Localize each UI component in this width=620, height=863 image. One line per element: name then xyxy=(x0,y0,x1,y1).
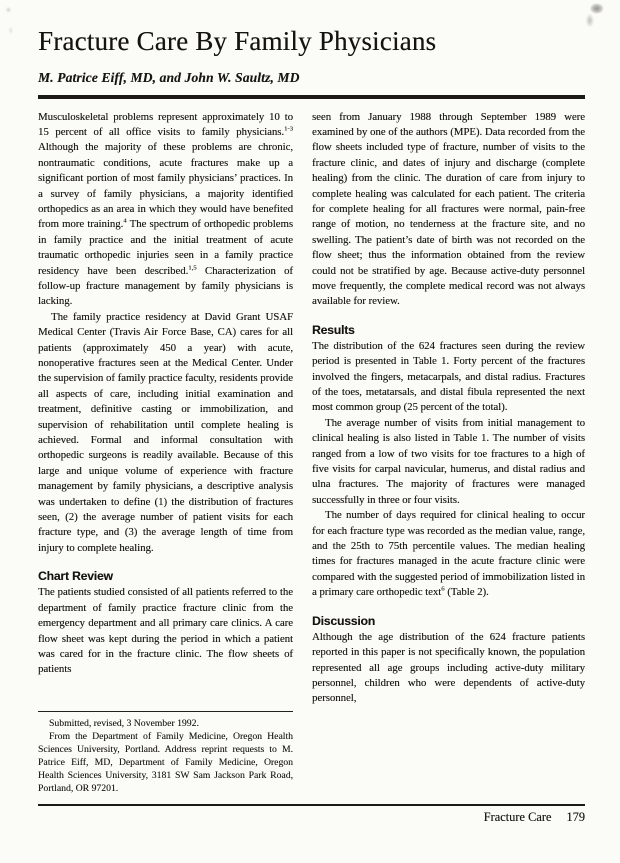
scan-artifact-top-left xyxy=(2,3,18,37)
right-column: seen from January 1988 through September… xyxy=(312,110,585,804)
results-paragraph-visits: The average number of visits from initia… xyxy=(312,416,585,508)
section-heading-chart-review: Chart Review xyxy=(38,569,293,583)
footnote-block: Submitted, revised, 3 November 1992. Fro… xyxy=(38,711,293,804)
left-column: Musculoskeletal problems represent appro… xyxy=(38,110,293,804)
results-paragraph-healing-days: The number of days required for clinical… xyxy=(312,508,585,600)
footnote-affiliation: From the Department of Family Medicine, … xyxy=(38,730,293,795)
article-body: Musculoskeletal problems represent appro… xyxy=(38,110,585,804)
intro-paragraph: Musculoskeletal problems represent appro… xyxy=(38,110,293,310)
article-byline: M. Patrice Eiff, MD, and John W. Saultz,… xyxy=(38,70,585,86)
article-title: Fracture Care By Family Physicians xyxy=(38,26,585,57)
page-footer: Fracture Care179 xyxy=(38,804,585,825)
header-rule xyxy=(38,95,585,99)
section-heading-discussion: Discussion xyxy=(312,614,585,628)
running-title: Fracture Care xyxy=(484,810,552,824)
chart-review-paragraph: The patients studied consisted of all pa… xyxy=(38,585,293,677)
article-header: Fracture Care By Family Physicians M. Pa… xyxy=(38,26,585,86)
journal-page: Fracture Care By Family Physicians M. Pa… xyxy=(0,0,620,863)
page-number: 179 xyxy=(566,810,585,824)
section-heading-results: Results xyxy=(312,323,585,337)
discussion-paragraph: Although the age distribution of the 624… xyxy=(312,630,585,707)
residency-paragraph: The family practice residency at David G… xyxy=(38,310,293,557)
results-paragraph-distribution: The distribution of the 624 fractures se… xyxy=(312,339,585,416)
methods-continuation-paragraph: seen from January 1988 through September… xyxy=(312,110,585,310)
footnote-submitted: Submitted, revised, 3 November 1992. xyxy=(38,717,293,730)
